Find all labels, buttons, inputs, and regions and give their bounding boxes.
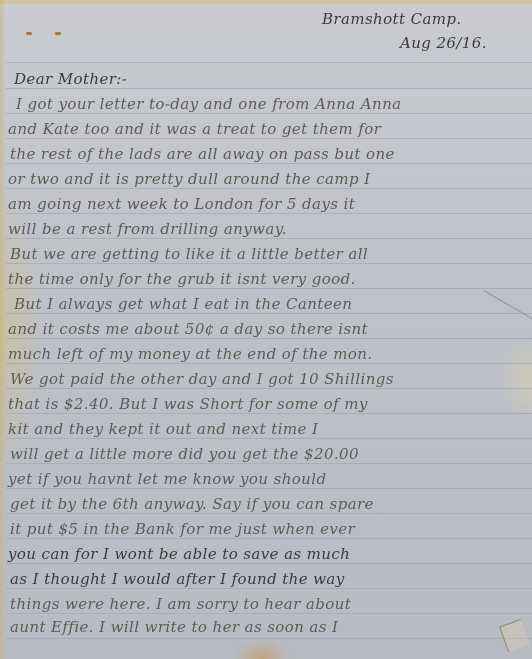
ruled-line — [6, 538, 532, 539]
letter-line: or two and it is pretty dull around the … — [8, 170, 370, 188]
letter-line: that is $2.40. But I was Short for some … — [8, 395, 368, 413]
letter-line: much left of my money at the end of the … — [8, 345, 373, 363]
letter-line: am going next week to London for 5 days … — [8, 195, 355, 213]
ruled-line — [6, 413, 532, 414]
letter-line: and Kate too and it was a treat to get t… — [8, 120, 381, 138]
letter-line: things were here. I am sorry to hear abo… — [10, 595, 351, 613]
ruled-line — [6, 388, 532, 389]
ruled-line — [6, 62, 532, 63]
paper-fold-crease — [484, 290, 532, 359]
punch-mark — [26, 32, 32, 35]
ruled-line — [6, 638, 532, 639]
letter-line: it put $5 in the Bank for me just when e… — [10, 520, 355, 538]
page-left-edge-stain — [0, 0, 6, 659]
letter-line: will get a little more did you get the $… — [10, 445, 359, 463]
letter-page: Bramshott Camp. Aug 26/16. Dear Mother:-… — [0, 0, 532, 659]
letter-line: aunt Effie. I will write to her as soon … — [10, 618, 338, 636]
ruled-line — [6, 288, 532, 289]
ruled-line — [6, 163, 532, 164]
letter-line: the time only for the grub it isnt very … — [8, 270, 356, 288]
ruled-line — [6, 463, 532, 464]
paper-corner-tear — [499, 619, 530, 652]
ruled-line — [6, 213, 532, 214]
letter-line: the rest of the lads are all away on pas… — [10, 145, 395, 163]
ruled-line — [6, 363, 532, 364]
page-top-edge — [0, 0, 532, 4]
letter-salutation: Dear Mother:- — [14, 70, 127, 88]
ruled-line — [6, 488, 532, 489]
letter-line: you can for I wont be able to save as mu… — [8, 545, 350, 563]
ruled-line — [6, 88, 532, 89]
ruled-line — [6, 338, 532, 339]
letter-line: yet if you havnt let me know you should — [8, 470, 326, 488]
ruled-line — [6, 263, 532, 264]
letter-line: But we are getting to like it a little b… — [10, 245, 368, 263]
ruled-line — [6, 188, 532, 189]
ruled-line — [6, 138, 532, 139]
ruled-line — [6, 313, 532, 314]
ruled-line — [6, 613, 532, 614]
letter-line: will be a rest from drilling anyway. — [8, 220, 287, 238]
ruled-line — [6, 113, 532, 114]
letter-line: kit and they kept it out and next time I — [8, 420, 318, 438]
ruled-line — [6, 438, 532, 439]
ruled-line — [6, 563, 532, 564]
ruled-line — [6, 238, 532, 239]
letter-line: and it costs me about 50¢ a day so there… — [8, 320, 368, 338]
letter-location: Bramshott Camp. — [322, 10, 462, 28]
ruled-line — [6, 513, 532, 514]
letter-line: But I always get what I eat in the Cante… — [14, 295, 352, 313]
letter-date: Aug 26/16. — [400, 34, 487, 52]
letter-line: get it by the 6th anyway. Say if you can… — [10, 495, 374, 513]
letter-line: We got paid the other day and I got 10 S… — [10, 370, 394, 388]
letter-line: I got your letter to-day and one from An… — [16, 95, 402, 113]
letter-line: as I thought I would after I found the w… — [10, 570, 345, 588]
ruled-line — [6, 588, 532, 589]
punch-mark — [55, 32, 61, 35]
